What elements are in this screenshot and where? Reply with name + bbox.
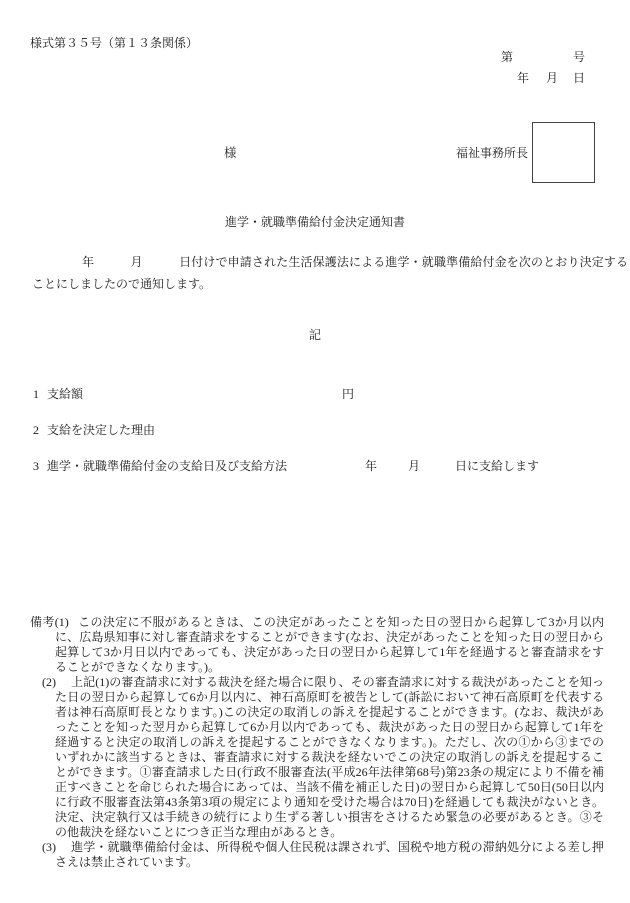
item-3-number: 3 xyxy=(33,459,47,474)
item-2-label: 支給を決定した理由 xyxy=(47,423,155,437)
remark-1-number: (1) xyxy=(55,615,69,629)
remark-2: (2)上記(1)の審査請求に対する裁決を経た場合に限り、その審査請求に対する裁決… xyxy=(30,675,604,840)
item-1-label: 支給額 xyxy=(47,387,83,401)
issue-number-suffix: 号 xyxy=(573,50,585,65)
remark-2-number: (2) xyxy=(42,675,56,689)
remark-2-text: 上記(1)の審査請求に対する裁決を経た場合に限り、その審査請求に対する裁決があっ… xyxy=(55,675,604,839)
item-3-month: 月 xyxy=(408,459,420,474)
remark-3-text: 進学・就職準備給付金は、所得税や個人住民税は課されず、国税や地方税の滞納処分によ… xyxy=(55,840,604,869)
body-paragraph: 年 月 日付けで申請された生活保護法による進学・就職準備給付金を次のとおり決定す… xyxy=(32,251,628,295)
issue-date-month: 月 xyxy=(546,71,558,86)
remark-1-text: この決定に不服があるときは、この決定があったことを知った日の翌日から起算して3か… xyxy=(55,615,604,674)
item-1-number: 1 xyxy=(33,387,47,402)
document-page: 様式第３５号（第１３条関係） 第 号 年 月 日 様 福祉事務所長 進学・就職準… xyxy=(0,0,630,903)
item-1-row: 1支給額 円 xyxy=(33,387,623,402)
item-3-year: 年 xyxy=(365,459,377,474)
item-3-label: 進学・就職準備給付金の支給日及び支給方法 xyxy=(47,459,287,473)
form-number: 様式第３５号（第１３条関係） xyxy=(30,36,198,51)
issue-date-year: 年 xyxy=(517,71,529,86)
remark-1: 備考(1)この決定に不服があるときは、この決定があったことを知った日の翌日から起… xyxy=(30,615,604,675)
remarks-section: 備考(1)この決定に不服があるときは、この決定があったことを知った日の翌日から起… xyxy=(30,615,604,870)
document-title: 進学・就職準備給付金決定通知書 xyxy=(0,215,630,230)
remark-3-number: (3) xyxy=(42,840,56,854)
item-3-row: 3進学・就職準備給付金の支給日及び支給方法 年 月 日に支給します xyxy=(33,459,623,474)
seal-box xyxy=(532,122,595,183)
item-3-day-text: 日に支給します xyxy=(455,459,539,474)
remarks-label: 備考 xyxy=(30,615,55,629)
recipient-honorific: 様 xyxy=(224,146,237,161)
item-1-unit: 円 xyxy=(342,387,354,402)
issue-date-day: 日 xyxy=(573,71,585,86)
issuer-title: 福祉事務所長 xyxy=(456,146,528,161)
remark-3: (3)進学・就職準備給付金は、所得税や個人住民税は課されず、国税や地方税の滞納処… xyxy=(30,840,604,870)
item-2-number: 2 xyxy=(33,423,47,438)
item-2-row: 2支給を決定した理由 xyxy=(33,423,623,438)
record-marker: 記 xyxy=(0,328,630,343)
issue-number-prefix: 第 xyxy=(501,50,513,65)
